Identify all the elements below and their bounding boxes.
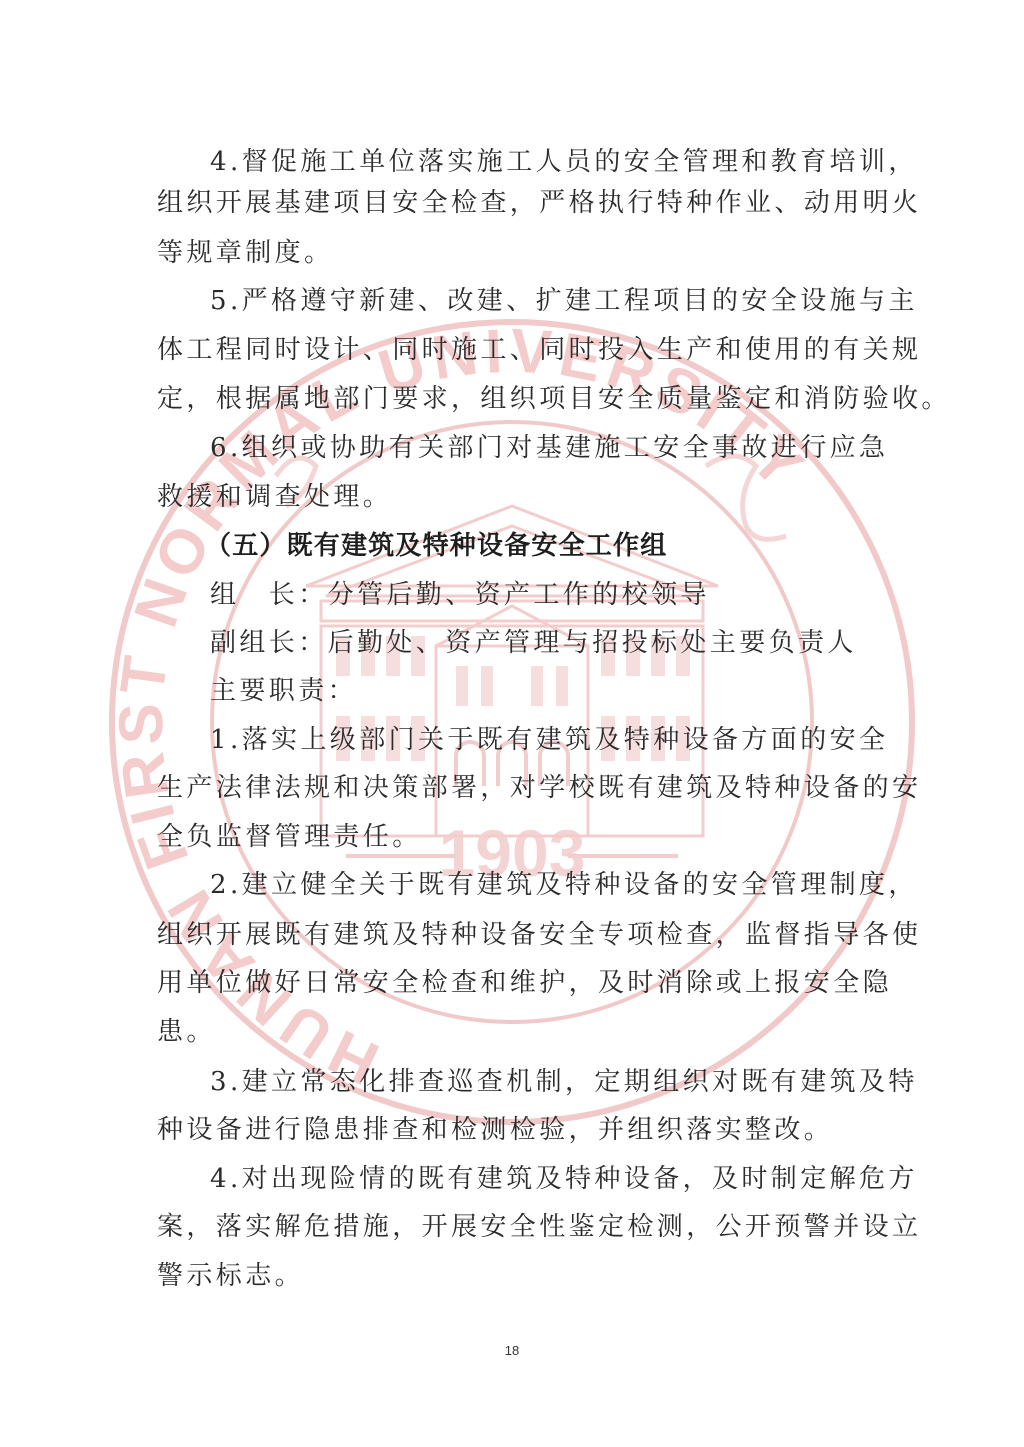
paragraph-line: 种设备进行隐患排查和检测检验，并组织落实整改。 xyxy=(157,1115,869,1145)
paragraph-line: 组织开展既有建筑及特种设备安全专项检查，监督指导各使 xyxy=(157,920,869,950)
deputy-leader-field: 副组长：后勤处、资产管理与招投标处主要负责人 xyxy=(210,628,922,658)
main-duties-label: 主要职责： xyxy=(210,676,922,706)
paragraph-line: 3.建立常态化排查巡查机制，定期组织对既有建筑及特 xyxy=(210,1067,922,1097)
paragraph-line: 生产法律法规和决策部署，对学校既有建筑及特种设备的安 xyxy=(157,773,869,803)
paragraph-line: 警示标志。 xyxy=(157,1261,869,1291)
paragraph-line: 患。 xyxy=(157,1017,869,1047)
paragraph-line: 定，根据属地部门要求，组织项目安全质量鉴定和消防验收。 xyxy=(157,384,869,414)
section-heading: （五）既有建筑及特种设备安全工作组 xyxy=(205,531,917,561)
paragraph-line: 等规章制度。 xyxy=(157,238,869,268)
paragraph-line: 体工程同时设计、同时施工、同时投入生产和使用的有关规 xyxy=(157,335,869,365)
paragraph-line: 救援和调查处理。 xyxy=(157,482,869,512)
paragraph-line: 6.组织或协助有关部门对基建施工安全事故进行应急 xyxy=(210,433,922,463)
paragraph-line: 4.督促施工单位落实施工人员的安全管理和教育培训， xyxy=(210,147,922,177)
paragraph-line: 全负监督管理责任。 xyxy=(157,822,869,852)
group-leader-field: 组 长：分管后勤、资产工作的校领导 xyxy=(210,580,922,610)
paragraph-line: 4.对出现险情的既有建筑及特种设备，及时制定解危方 xyxy=(210,1164,922,1194)
paragraph-line: 5.严格遵守新建、改建、扩建工程项目的安全设施与主 xyxy=(210,286,922,316)
paragraph-line: 2.建立健全关于既有建筑及特种设备的安全管理制度， xyxy=(210,870,922,900)
paragraph-line: 组织开展基建项目安全检查，严格执行特种作业、动用明火 xyxy=(157,188,869,218)
paragraph-line: 案，落实解危措施，开展安全性鉴定检测，公开预警并设立 xyxy=(157,1212,869,1242)
paragraph-line: 用单位做好日常安全检查和维护，及时消除或上报安全隐 xyxy=(157,968,869,998)
page-number: 18 xyxy=(0,1343,1024,1358)
paragraph-line: 1.落实上级部门关于既有建筑及特种设备方面的安全 xyxy=(210,725,922,755)
document-page: 4.督促施工单位落实施工人员的安全管理和教育培训， 组织开展基建项目安全检查，严… xyxy=(0,0,1024,1447)
